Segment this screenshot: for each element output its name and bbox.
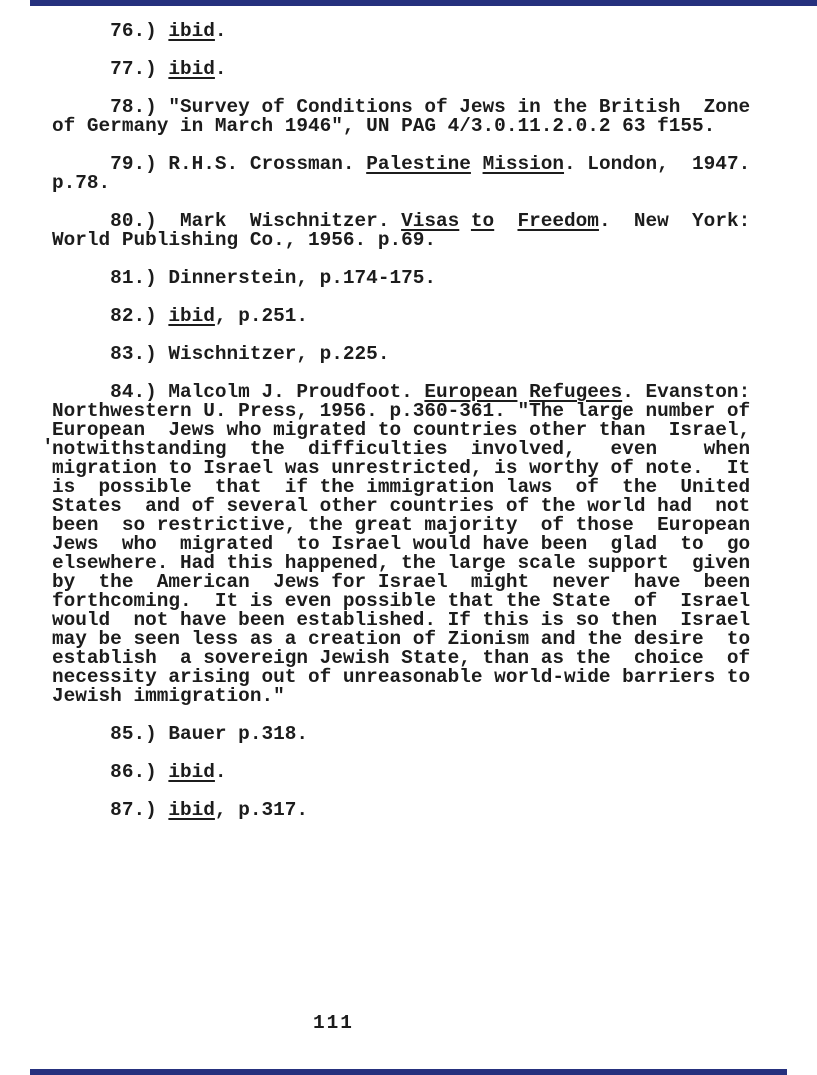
scan-edge-top bbox=[30, 0, 817, 6]
page-number: 111 bbox=[313, 1014, 354, 1033]
reference-item: 85.) Bauer p.318. bbox=[52, 725, 762, 744]
reference-line: World Publishing Co., 1956. p.69. bbox=[52, 231, 762, 250]
reference-item: 86.) ibid. bbox=[52, 763, 762, 782]
reference-line: 82.) ibid, p.251. bbox=[52, 307, 762, 326]
reference-item: 79.) R.H.S. Crossman. Palestine Mission.… bbox=[52, 155, 762, 193]
reference-item: 84.) Malcolm J. Proudfoot. European Refu… bbox=[52, 383, 762, 706]
reference-item: 80.) Mark Wischnitzer. Visas to Freedom.… bbox=[52, 212, 762, 250]
references-list: 76.) ibid. 77.) ibid. 78.) "Survey of Co… bbox=[52, 22, 762, 820]
reference-item: 83.) Wischnitzer, p.225. bbox=[52, 345, 762, 364]
reference-item: 82.) ibid, p.251. bbox=[52, 307, 762, 326]
document-page: 76.) ibid. 77.) ibid. 78.) "Survey of Co… bbox=[0, 0, 817, 1075]
reference-item: 87.) ibid, p.317. bbox=[52, 801, 762, 820]
reference-line: 79.) R.H.S. Crossman. Palestine Mission.… bbox=[52, 155, 762, 174]
reference-line: Jewish immigration." bbox=[52, 687, 762, 706]
reference-line: of Germany in March 1946", UN PAG 4/3.0.… bbox=[52, 117, 762, 136]
scan-edge-bottom bbox=[30, 1069, 787, 1075]
reference-line: 85.) Bauer p.318. bbox=[52, 725, 762, 744]
reference-item: 77.) ibid. bbox=[52, 60, 762, 79]
reference-item: 81.) Dinnerstein, p.174-175. bbox=[52, 269, 762, 288]
reference-line: 83.) Wischnitzer, p.225. bbox=[52, 345, 762, 364]
reference-line: 81.) Dinnerstein, p.174-175. bbox=[52, 269, 762, 288]
reference-line: 76.) ibid. bbox=[52, 22, 762, 41]
reference-item: 78.) "Survey of Conditions of Jews in th… bbox=[52, 98, 762, 136]
reference-item: 76.) ibid. bbox=[52, 22, 762, 41]
reference-line: p.78. bbox=[52, 174, 762, 193]
stray-mark: ' bbox=[42, 438, 54, 457]
reference-line: 86.) ibid. bbox=[52, 763, 762, 782]
reference-line: 77.) ibid. bbox=[52, 60, 762, 79]
reference-line: 87.) ibid, p.317. bbox=[52, 801, 762, 820]
